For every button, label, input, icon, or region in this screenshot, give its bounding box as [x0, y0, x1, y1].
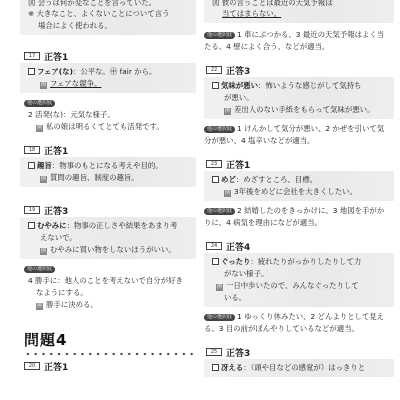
other-choices-badge: 他の選択肢 — [204, 314, 235, 321]
right-column: 図 彼の言うことは最近の天気予報は 当てはまらない。 他の選択肢1 車にぶつかる… — [204, 0, 394, 377]
example-continued: いる。 — [212, 292, 388, 304]
vocab-definition: ：怖いような感じがして気持ち — [258, 81, 361, 90]
other-choices-block: 他の選択肢2 結婚したのをきっかけに、3 地図を手がかりに、4 病気を理由になど… — [204, 201, 394, 229]
answer-header-19: 19 正答3 — [24, 203, 196, 217]
answer-header-23: 23 正答1 — [206, 157, 394, 171]
answer-header-24: 24 正答4 — [206, 239, 394, 253]
other-choices-block: 他の選択肢 2 活発(な)：元気な様子。 例私の娘は明るくてとても活発です。 — [6, 93, 196, 133]
other-choices-badge: 他の選択肢 — [24, 266, 55, 273]
correct-answer-label: 正答3 — [226, 64, 250, 77]
question-number-box: 20 — [24, 362, 40, 370]
definition-continued: えないで。 — [28, 232, 190, 244]
vocab-explanation-box: むやみに：物事の正しさや結果をあまり考 えないで。 例むやみに買い物をしないほう… — [20, 217, 196, 259]
correct-answer-label: 正答1 — [44, 360, 68, 373]
correct-answer-label: 正答3 — [44, 204, 68, 217]
question-number-box: 23 — [206, 160, 222, 168]
vocab-term: 気味が悪い — [221, 81, 258, 90]
vocab-term: 趣旨 — [37, 161, 52, 170]
answer-header-17: 17 正答1 — [24, 49, 196, 63]
textbook-page: 図 会うは何か変なことを言っていた。 ※ 大きなこと、よくないことについて言う … — [0, 0, 400, 400]
note-line: ※ 大きなこと、よくないことについて言う — [28, 8, 190, 20]
vocab-definition: ：（頭や目などの感覚が）はっきりと — [243, 363, 365, 372]
checkbox-icon[interactable] — [28, 68, 35, 75]
other-choices-badge: 他の選択肢 — [24, 100, 55, 107]
other-choice-line: 2 活発(な)：元気な様子。 — [24, 109, 192, 121]
vocab-explanation-box: 気味が悪い：怖いような感じがして気持ち が悪い。 例差出人のない手紙をもらって気… — [204, 77, 394, 119]
answer-header-25: 25 正答3 — [206, 345, 394, 359]
correct-answer-label: 正答1 — [44, 50, 68, 63]
vocab-term: むやみに — [37, 221, 67, 230]
example-icon: 例 — [36, 303, 43, 310]
vocab-term: フェア(な) — [37, 67, 73, 76]
other-choices-badge: 他の選択肢 — [204, 126, 235, 133]
vocab-definition: ：疲れたりがっかりしたりして力 — [250, 257, 361, 266]
continued-explanation-box: 図 彼の言うことは最近の天気予報は 当てはまらない。 — [204, 0, 394, 23]
other-choices-block: 他の選択肢1 ゆっくり休みたい、2 どんよりとして見える、3 目の前がぼんやりし… — [204, 307, 394, 335]
correct-answer-label: 正答1 — [226, 158, 250, 171]
example-sentence: 一日中歩いたので、みんなぐったりして — [226, 281, 359, 290]
example-sentence: フェアな競争。 — [50, 79, 101, 88]
correct-answer-label: 正答1 — [44, 144, 68, 157]
vocab-term: めど — [221, 175, 236, 184]
checkbox-icon[interactable] — [212, 176, 219, 183]
other-choices-badge: 他の選択肢 — [204, 32, 235, 39]
checkbox-icon[interactable] — [28, 222, 35, 229]
checkbox-icon[interactable] — [28, 162, 35, 169]
definition-continued: がない様子。 — [212, 268, 388, 280]
vocab-explanation-box: めど：めざすところ、目標。 例3年後をめどに会社を大きくしたい。 — [204, 171, 394, 201]
vocab-explanation-box: 趣旨：物事のもとになる考えや目的。 例質問の趣旨、制度の趣旨。 — [20, 157, 196, 187]
example-sentence: 勝手に決める。 — [46, 300, 98, 309]
note-line: 場合によく使われる。 — [28, 20, 190, 32]
section-title: 問題4 — [24, 329, 196, 350]
vocab-definition: ：公平な。㊥ fair から。 — [73, 67, 156, 76]
vocab-term: ぐったり — [221, 257, 250, 266]
checkbox-icon[interactable] — [212, 258, 219, 265]
answer-header-18: 18 正答1 — [24, 143, 196, 157]
example-icon: 例 — [40, 82, 47, 89]
example-sentence: 質問の趣旨、制度の趣旨。 — [50, 173, 139, 182]
vocab-definition: ：めざすところ、目標。 — [236, 175, 317, 184]
vocab-explanation-box: 冴える：（頭や目などの感覚が）はっきりと — [204, 359, 394, 377]
question-number-box: 25 — [206, 348, 222, 356]
question-number-box: 17 — [24, 52, 40, 60]
definition-continued: が悪い。 — [212, 92, 388, 104]
vocab-explanation-box: ぐったり：疲れたりがっかりしたりして力 がない様子。 例一日中歩いたので、みんな… — [204, 253, 394, 307]
other-choices-block: 他の選択肢 4 勝手に：他人のことを考えないで自分が好き なようにする。 例勝手… — [6, 259, 196, 311]
example-icon: 例 — [40, 248, 47, 255]
answer-header-22: 22 正答3 — [206, 63, 394, 77]
question-number-box: 18 — [24, 146, 40, 154]
example-icon: 例 — [40, 176, 47, 183]
example-sentence: 3年後をめどに会社を大きくしたい。 — [234, 187, 357, 196]
checkbox-icon[interactable] — [212, 82, 219, 89]
other-choices-block: 他の選択肢1 けんかして気分が悪い、2 かぜを引いて気分が悪い、4 塩辛いなどが… — [204, 119, 394, 147]
vocab-term: 冴える — [221, 363, 243, 372]
dotted-divider — [24, 352, 196, 356]
example-sentence: 差出人のない手紙をもらって気味が悪い。 — [234, 105, 374, 114]
correct-answer-label: 正答3 — [226, 346, 250, 359]
vocab-explanation-box: フェア(な)：公平な。㊥ fair から。 例フェアな競争。 — [20, 63, 196, 93]
example-sentence: 私の娘は明るくてとても活発です。 — [46, 122, 164, 131]
question-number-box: 24 — [206, 242, 222, 250]
vocab-definition: ：物事のもとになる考えや目的。 — [52, 161, 163, 170]
cut-off-line: 図 彼の言うことは最近の天気予報は — [212, 0, 388, 8]
vocab-definition: ：物事の正しさや結果をあまり考 — [67, 221, 178, 230]
example-sentence: 当てはまらない。 — [212, 8, 388, 20]
example-sentence: むやみに買い物をしないほうがいい。 — [50, 245, 176, 254]
checkbox-icon[interactable] — [212, 364, 219, 371]
other-choice-line: 4 勝手に：他人のことを考えないで自分が好き — [24, 275, 192, 287]
continued-explanation-box: 図 会うは何か変なことを言っていた。 ※ 大きなこと、よくないことについて言う … — [20, 0, 196, 35]
example-icon: 例 — [224, 108, 231, 115]
cut-off-line: 図 会うは何か変なことを言っていた。 — [28, 0, 190, 8]
other-choices-badge: 他の選択肢 — [204, 208, 235, 215]
correct-answer-label: 正答4 — [226, 240, 250, 253]
other-choices-block: 他の選択肢1 車にぶつかる、3 最近の天気予報はよく当たる、4 壁によく合う、な… — [204, 23, 394, 53]
other-choice-line: なようにする。 — [24, 287, 192, 299]
left-column: 図 会うは何か変なことを言っていた。 ※ 大きなこと、よくないことについて言う … — [6, 0, 196, 373]
question-number-box: 22 — [206, 66, 222, 74]
answer-header-20: 20 正答1 — [24, 359, 196, 373]
example-icon: 例 — [224, 190, 231, 197]
question-number-box: 19 — [24, 206, 40, 214]
example-icon: 例 — [216, 284, 223, 291]
example-icon: 例 — [36, 125, 43, 132]
